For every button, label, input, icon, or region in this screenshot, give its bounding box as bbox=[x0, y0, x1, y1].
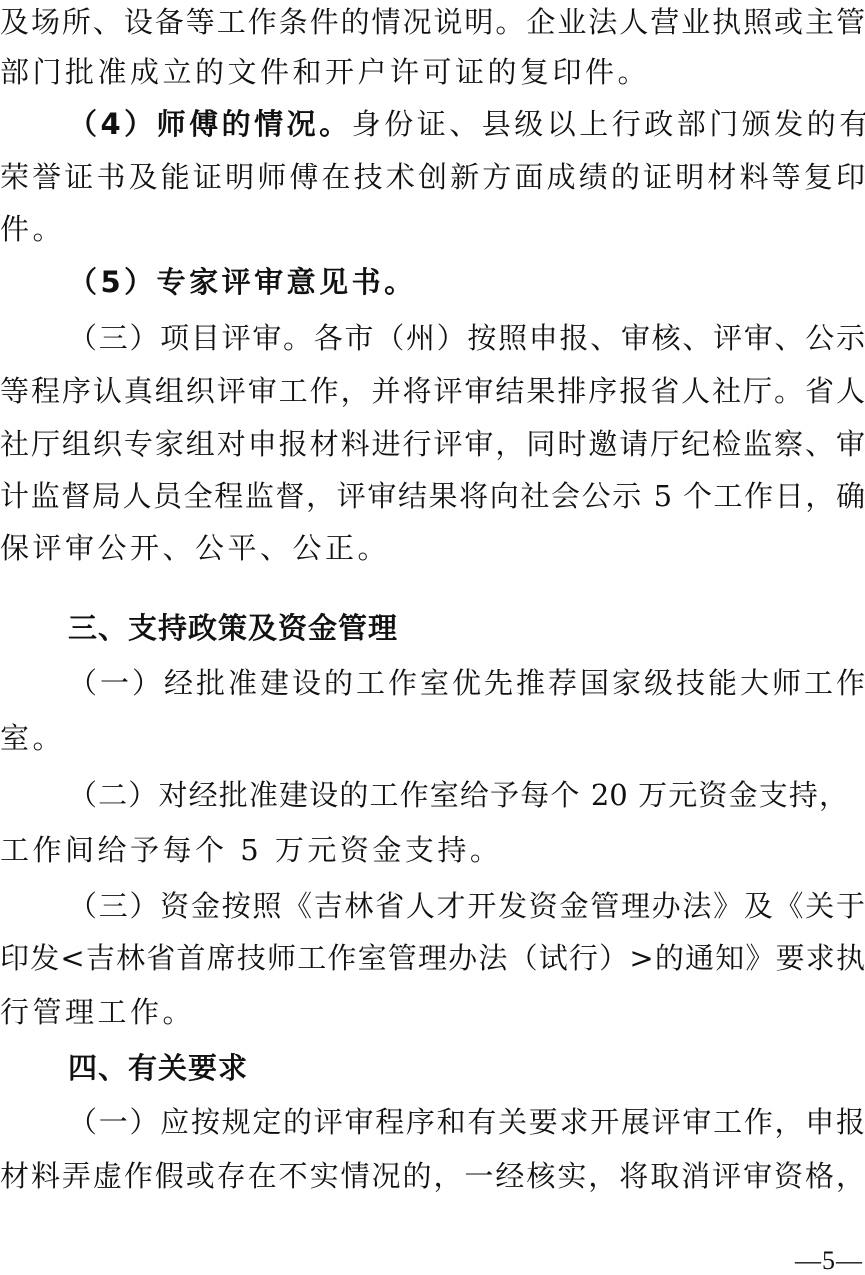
paragraph-line: 及场所、设备等工作条件的情况说明。企业法人营业执照或主管 bbox=[0, 2, 865, 42]
paragraph-line: 材料弄虚作假或存在不实情况的，一经核实，将取消评审资格， bbox=[0, 1156, 865, 1196]
item-4-paragraph: （4）师傅的情况。身份证、县级以上行政部门颁发的有关 bbox=[68, 104, 865, 144]
paragraph-line: （一）经批准建设的工作室优先推荐国家级技能大师工作 bbox=[68, 663, 865, 703]
page-number: —5— bbox=[795, 1246, 863, 1275]
paragraph-line: 计监督局人员全程监督，评审结果将向社会公示 5 个工作日，确 bbox=[0, 476, 865, 516]
paragraph-line: 等程序认真组织评审工作，并将评审结果排序报省人社厅。省人 bbox=[0, 371, 865, 411]
paragraph-line: 工作间给予每个 5 万元资金支持。 bbox=[0, 830, 502, 870]
paragraph-line: 保评审公开、公平、公正。 bbox=[0, 528, 390, 568]
paragraph-line: 部门批准成立的文件和开户许可证的复印件。 bbox=[0, 52, 650, 92]
paragraph-line: 荣誉证书及能证明师傅在技术创新方面成绩的证明材料等复印 bbox=[0, 157, 865, 197]
paragraph-line: （二）对经批准建设的工作室给予每个 20 万元资金支持， bbox=[68, 775, 848, 815]
paragraph-line: 印发<吉林省首席技师工作室管理办法（试行）>的通知》要求执 bbox=[0, 938, 865, 978]
item-5-title: （5）专家评审意见书。 bbox=[68, 262, 417, 302]
paragraph-line: 社厅组织专家组对申报材料进行评审，同时邀请厅纪检监察、审 bbox=[0, 424, 865, 464]
item-4-title: （4）师傅的情况。 bbox=[68, 107, 352, 141]
paragraph-line: 件。 bbox=[0, 209, 65, 249]
paragraph-line: （一）应按规定的评审程序和有关要求开展评审工作，申报 bbox=[68, 1102, 865, 1142]
paragraph-line: 行管理工作。 bbox=[0, 992, 195, 1032]
section-4-heading: 四、有关要求 bbox=[68, 1048, 248, 1088]
section-3-heading: 三、支持政策及资金管理 bbox=[68, 608, 398, 648]
paragraph-line: （三）项目评审。各市（州）按照申报、审核、评审、公示 bbox=[68, 318, 865, 358]
paragraph-text: 身份证、县级以上行政部门颁发的有关 bbox=[352, 107, 865, 141]
paragraph-line: （三）资金按照《吉林省人才开发资金管理办法》及《关于 bbox=[68, 886, 865, 926]
paragraph-line: 室。 bbox=[0, 718, 65, 758]
